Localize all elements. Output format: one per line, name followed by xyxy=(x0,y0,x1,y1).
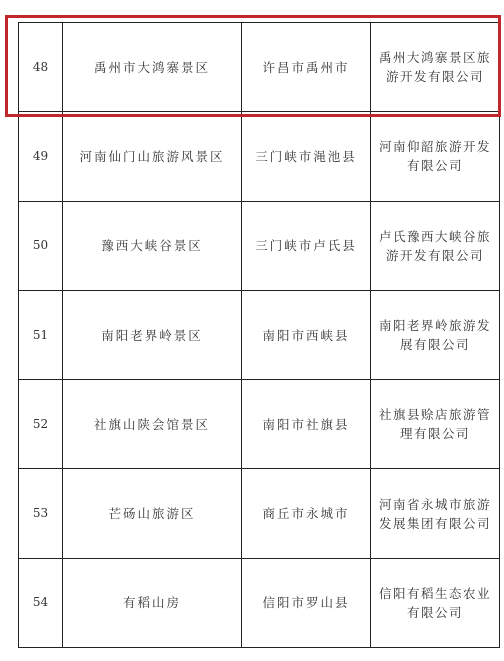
location: 三门峡市渑池县 xyxy=(242,112,371,201)
scenic-area-name: 豫西大峡谷景区 xyxy=(63,201,242,290)
operating-company: 卢氏豫西大峡谷旅 游开发有限公司 xyxy=(371,201,500,290)
location: 商丘市永城市 xyxy=(242,469,371,558)
company-line-1: 河南省永城市旅游 xyxy=(375,495,495,514)
table-row: 51 南阳老界岭景区 南阳市西峡县 南阳老界岭旅游发 展有限公司 xyxy=(19,290,500,379)
row-number: 48 xyxy=(19,23,63,112)
scenic-area-table-container: 48 禹州市大鸿寨景区 许昌市禹州市 禹州大鸿寨景区旅 游开发有限公司 49 河… xyxy=(18,22,488,648)
location: 许昌市禹州市 xyxy=(242,23,371,112)
scenic-area-name: 南阳老界岭景区 xyxy=(63,290,242,379)
operating-company: 社旗县赊店旅游管 理有限公司 xyxy=(371,380,500,469)
company-line-1: 卢氏豫西大峡谷旅 xyxy=(375,227,495,246)
row-number: 51 xyxy=(19,290,63,379)
company-line-1: 河南仰韶旅游开发 xyxy=(375,137,495,156)
row-number: 54 xyxy=(19,558,63,647)
scenic-area-name: 有稻山房 xyxy=(63,558,242,647)
table-row: 53 芒砀山旅游区 商丘市永城市 河南省永城市旅游 发展集团有限公司 xyxy=(19,469,500,558)
scenic-area-table: 48 禹州市大鸿寨景区 许昌市禹州市 禹州大鸿寨景区旅 游开发有限公司 49 河… xyxy=(18,22,500,648)
table-row: 50 豫西大峡谷景区 三门峡市卢氏县 卢氏豫西大峡谷旅 游开发有限公司 xyxy=(19,201,500,290)
company-line-2: 有限公司 xyxy=(375,156,495,175)
row-number: 50 xyxy=(19,201,63,290)
scenic-area-name: 河南仙门山旅游风景区 xyxy=(63,112,242,201)
operating-company: 信阳有稻生态农业 有限公司 xyxy=(371,558,500,647)
table-row: 52 社旗山陕会馆景区 南阳市社旗县 社旗县赊店旅游管 理有限公司 xyxy=(19,380,500,469)
company-line-2: 发展集团有限公司 xyxy=(375,514,495,533)
row-number: 52 xyxy=(19,380,63,469)
location: 南阳市社旗县 xyxy=(242,380,371,469)
company-line-2: 理有限公司 xyxy=(375,424,495,443)
operating-company: 河南省永城市旅游 发展集团有限公司 xyxy=(371,469,500,558)
scenic-area-name: 禹州市大鸿寨景区 xyxy=(63,23,242,112)
operating-company: 南阳老界岭旅游发 展有限公司 xyxy=(371,290,500,379)
table-row: 48 禹州市大鸿寨景区 许昌市禹州市 禹州大鸿寨景区旅 游开发有限公司 xyxy=(19,23,500,112)
scenic-area-name: 芒砀山旅游区 xyxy=(63,469,242,558)
location: 三门峡市卢氏县 xyxy=(242,201,371,290)
table-row: 49 河南仙门山旅游风景区 三门峡市渑池县 河南仰韶旅游开发 有限公司 xyxy=(19,112,500,201)
location: 南阳市西峡县 xyxy=(242,290,371,379)
operating-company: 河南仰韶旅游开发 有限公司 xyxy=(371,112,500,201)
row-number: 49 xyxy=(19,112,63,201)
company-line-1: 信阳有稻生态农业 xyxy=(375,584,495,603)
company-line-2: 游开发有限公司 xyxy=(375,67,495,86)
company-line-1: 社旗县赊店旅游管 xyxy=(375,405,495,424)
company-line-2: 游开发有限公司 xyxy=(375,246,495,265)
company-line-2: 有限公司 xyxy=(375,603,495,622)
company-line-2: 展有限公司 xyxy=(375,335,495,354)
row-number: 53 xyxy=(19,469,63,558)
scenic-area-name: 社旗山陕会馆景区 xyxy=(63,380,242,469)
company-line-1: 禹州大鸿寨景区旅 xyxy=(375,48,495,67)
operating-company: 禹州大鸿寨景区旅 游开发有限公司 xyxy=(371,23,500,112)
location: 信阳市罗山县 xyxy=(242,558,371,647)
company-line-1: 南阳老界岭旅游发 xyxy=(375,316,495,335)
table-row: 54 有稻山房 信阳市罗山县 信阳有稻生态农业 有限公司 xyxy=(19,558,500,647)
